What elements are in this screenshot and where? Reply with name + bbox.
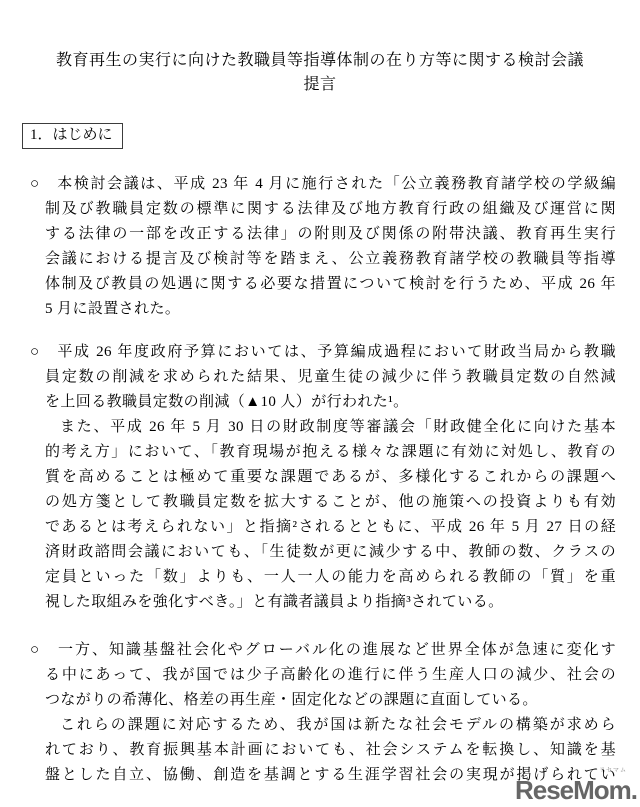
text-line: つながりの希薄化、格差の再生産・固定化などの課題に直面している。 [30, 688, 616, 713]
document-page: 教育再生の実行に向けた教職員等指導体制の在り方等に関する検討会議 提言 1．はじ… [0, 0, 640, 807]
paragraph-1: ○ 本検討会議は、平成 23 年 4 月に施行された「公立義務教育諸学校の学級編… [30, 172, 616, 322]
text-line: 定員といった「数」よりも、一人一人の能力を高められる教師の「質」を重 [30, 565, 616, 590]
text-line: 会議における提言及び検討等を踏まえ、公立義務教育諸学校の教職員等指導 [30, 247, 616, 272]
text-line: る中にあって、我が国では少子高齢化の進行に伴う生産人口の減少、社会の [30, 663, 616, 688]
text-line: を上回る教職員定数の削減（▲10 人）が行われた¹。 [30, 390, 616, 415]
text-line: ○ 平成 26 年度政府予算においては、予算編成過程において財政当局から教職 [30, 340, 616, 365]
text-line: であるとは考えられない」と指摘²されるとともに、平成 26 年 5 月 27 日… [30, 515, 616, 540]
text-line: 質を高めることは極めて重要な課題であるが、多様化するこれからの課題へ [30, 465, 616, 490]
section-heading-label: 1．はじめに [30, 127, 113, 143]
text-line: 員定数の削減を求められた結果、児童生徒の減少に伴う教職員定数の自然減 [30, 365, 616, 390]
document-title: 教育再生の実行に向けた教職員等指導体制の在り方等に関する検討会議 [0, 50, 640, 72]
paragraph-2: ○ 平成 26 年度政府予算においては、予算編成過程において財政当局から教職 員… [30, 340, 616, 615]
text-line: ○ 一方、知識基盤社会化やグローバル化の進展など世界全体が急速に変化す [30, 638, 616, 663]
text-line: の処方箋として教職員定数を拡大することが、他の施策への投資よりも有効 [30, 490, 616, 515]
text-line: 的考え方」において、「教育現場が抱える様々な課題に有効に対処し、教育の [30, 440, 616, 465]
text-line: 済財政諮問会議においても、「生徒数が更に減少する中、教師の数、クラスの [30, 540, 616, 565]
document-subtitle: 提言 [0, 74, 640, 96]
text-line: 5 月に設置された。 [30, 297, 616, 322]
text-line: 視した取組みを強化すべき。」と有識者議員より指摘³されている。 [30, 590, 616, 615]
resemom-ruby-text: リセマム [599, 765, 627, 774]
text-line: これらの課題に対応するため、我が国は新たな社会モデルの構築が求めら [30, 713, 616, 738]
text-line: また、平成 26 年 5 月 30 日の財政制度等審議会「財政健全化に向けた基本 [30, 415, 616, 440]
text-line: 制及び教職員定数の標準に関する法律及び地方教育行政の組織及び運営に関 [30, 197, 616, 222]
resemom-logo: ReseMom. [515, 775, 637, 805]
text-line: ○ 本検討会議は、平成 23 年 4 月に施行された「公立義務教育諸学校の学級編 [30, 172, 616, 197]
text-line: れており、教育振興基本計画においても、社会システムを転換し、知識を基 [30, 738, 616, 763]
text-line: 体制及び教員の処遇に関する必要な措置について検討を行うため、平成 26 年 [30, 272, 616, 297]
resemom-watermark: リセマム ReseMom. [517, 765, 637, 805]
section-heading-box: 1．はじめに [22, 123, 123, 149]
text-line: する法律の一部を改正する法律」の附則及び関係の附帯決議、教育再生実行 [30, 222, 616, 247]
